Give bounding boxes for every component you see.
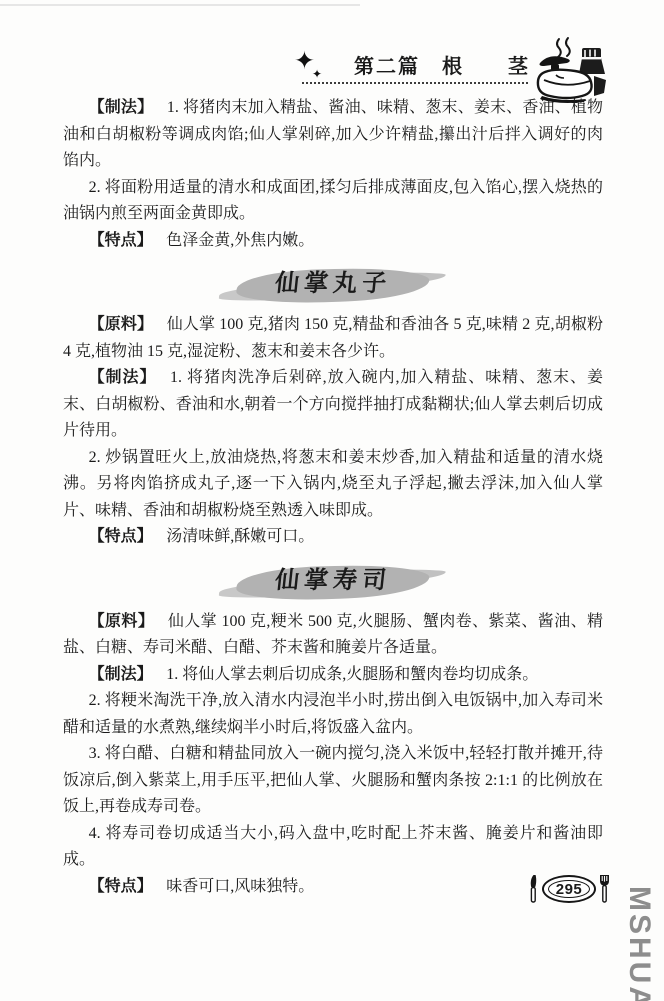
page-body: 【制法】1. 将猪肉末加入精盐、酱油、味精、葱末、姜末、香油、植物油和白胡椒粉等…	[63, 95, 603, 900]
section-label: 【原料】	[89, 316, 154, 333]
recipe-section: 仙掌寿司 【原料】仙人掌 100 克,粳米 500 克,火腿肠、蟹肉卷、紫菜、酱…	[63, 563, 603, 901]
recipe-title: 仙掌寿司	[274, 568, 393, 594]
paragraph: 【制法】1. 将猪肉末加入精盐、酱油、味精、葱末、姜末、香油、植物油和白胡椒粉等…	[63, 95, 603, 175]
paragraph-text: 4. 将寿司卷切成适当大小,码入盘中,吃时配上芥末酱、腌姜片和酱油即成。	[63, 825, 603, 869]
section-label: 【特点】	[89, 528, 153, 545]
recipe-title-banner: 仙掌丸子	[251, 266, 415, 303]
paragraph-text: 2. 炒锅置旺火上,放油烧热,将葱末和姜末炒香,加入精盐和适量的清水烧沸。另将肉…	[63, 449, 603, 519]
paragraph: 4. 将寿司卷切成适当大小,码入盘中,吃时配上芥末酱、腌姜片和酱油即成。	[63, 821, 603, 874]
paragraph: 【特点】色泽金黄,外焦内嫩。	[63, 228, 603, 255]
section-label: 【特点】	[89, 878, 153, 895]
section-label: 【制法】	[89, 99, 154, 116]
knife-icon	[527, 874, 540, 904]
page-number-plate: 295	[542, 875, 596, 903]
paragraph: 2. 炒锅置旺火上,放油烧热,将葱末和姜末炒香,加入精盐和适量的清水烧沸。另将肉…	[63, 445, 603, 525]
page-footer: 295	[527, 874, 611, 904]
recipe-section: 【制法】1. 将猪肉末加入精盐、酱油、味精、葱末、姜末、香油、植物油和白胡椒粉等…	[63, 95, 603, 254]
recipe-title-banner: 仙掌寿司	[251, 563, 415, 600]
paragraph: 【特点】汤清味鲜,酥嫩可口。	[63, 524, 603, 551]
paragraph: 【原料】仙人掌 100 克,粳米 500 克,火腿肠、蟹肉卷、紫菜、酱油、精盐、…	[63, 609, 603, 662]
paragraph: 【制法】1. 将仙人掌去刺后切成条,火腿肠和蟹肉卷均切成条。	[63, 662, 603, 689]
paragraph-text: 色泽金黄,外焦内嫩。	[166, 232, 314, 249]
paragraph-text: 3. 将白醋、白糖和精盐同放入一碗内搅匀,浇入米饭中,轻轻打散并摊开,待饭凉后,…	[63, 745, 603, 815]
recipe-title: 仙掌丸子	[274, 271, 393, 297]
paragraph: 【特点】味香可口,风味独特。	[63, 874, 603, 901]
scan-artifact-line	[0, 4, 360, 6]
page-number: 295	[556, 881, 583, 898]
paragraph-text: 1. 将仙人掌去刺后切成条,火腿肠和蟹肉卷均切成条。	[166, 666, 538, 683]
watermark: MSHUA	[620, 886, 656, 1001]
paragraph: 【制法】1. 将猪肉洗净后剁碎,放入碗内,加入精盐、味精、葱末、姜末、白胡椒粉、…	[63, 365, 603, 445]
chapter-title: 第二篇 根 茎	[354, 50, 530, 79]
dotted-rule	[302, 82, 528, 84]
paragraph-text: 2. 将面粉用适量的清水和成面团,揉匀后排成薄面皮,包入馅心,摆入烧热的油锅内煎…	[63, 179, 603, 223]
section-label: 【制法】	[89, 369, 157, 386]
paragraph: 2. 将面粉用适量的清水和成面团,揉匀后排成薄面皮,包入馅心,摆入烧热的油锅内煎…	[63, 175, 603, 228]
paragraph-text: 汤清味鲜,酥嫩可口。	[166, 528, 314, 545]
paragraph: 3. 将白醋、白糖和精盐同放入一碗内搅匀,浇入米饭中,轻轻打散并摊开,待饭凉后,…	[63, 741, 603, 821]
book-page: ✦ ✦ 第二篇 根 茎 【制法】1. 将猪肉	[0, 0, 664, 1001]
fork-icon	[598, 874, 611, 904]
paragraph: 【原料】仙人掌 100 克,猪肉 150 克,精盐和香油各 5 克,味精 2 克…	[63, 312, 603, 365]
section-label: 【特点】	[89, 232, 153, 249]
paragraph-text: 味香可口,风味独特。	[166, 878, 314, 895]
section-label: 【制法】	[89, 666, 153, 683]
paragraph: 2. 将粳米淘洗干净,放入清水内浸泡半小时,捞出倒入电饭锅中,加入寿司米醋和适量…	[63, 688, 603, 741]
sparkle-small-icon: ✦	[312, 68, 322, 80]
section-label: 【原料】	[89, 613, 155, 630]
recipe-section: 仙掌丸子 【原料】仙人掌 100 克,猪肉 150 克,精盐和香油各 5 克,味…	[63, 266, 603, 551]
paragraph-text: 2. 将粳米淘洗干净,放入清水内浸泡半小时,捞出倒入电饭锅中,加入寿司米醋和适量…	[63, 692, 603, 736]
